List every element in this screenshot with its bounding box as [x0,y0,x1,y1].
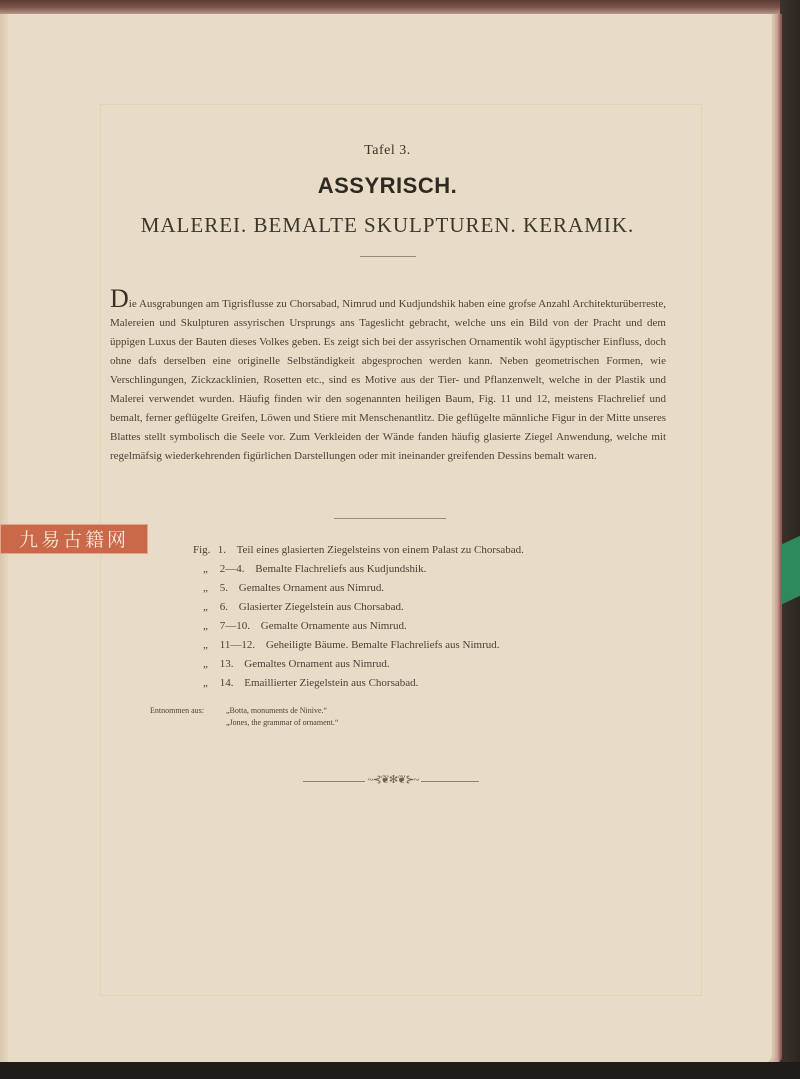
figure-prefix: „ [193,674,217,693]
figure-list: Fig. 1. Teil eines glasierten Ziegelstei… [193,541,613,693]
figure-prefix: „ [193,579,217,598]
source-reference: „Jones, the grammar of ornament.“ [226,718,338,727]
ornament-line-left [303,781,365,782]
source-reference: „Botta, monuments de Ninive.“ [226,706,327,715]
figure-item: „ 13. Gemaltes Ornament aus Nimrud. [193,655,613,674]
page-subtitle: MALEREI. BEMALTE SKULPTUREN. KERAMIK. [0,213,775,238]
flourish-icon: ~⊰❦✻❦⊱~ [363,773,423,786]
figure-prefix: „ [193,598,217,617]
body-text: ie Ausgrabungen am Tigrisflusse zu Chors… [110,298,666,462]
figure-item: „ 11—12. Geheiligte Bäume. Bemalte Flach… [193,636,613,655]
decorative-ornament: ~⊰❦✻❦⊱~ [303,775,479,787]
figure-number: 7—10. [220,617,250,636]
figure-prefix: Fig. [193,541,215,560]
figure-caption: Glasierter Ziegelstein aus Chorsabad. [239,601,404,613]
figure-caption: Teil eines glasierten Ziegelsteins von e… [237,544,524,556]
section-divider [334,518,446,519]
figure-item: „ 6. Glasierter Ziegelstein aus Chorsaba… [193,598,613,617]
figure-prefix: „ [193,560,217,579]
figure-number: 1. [218,541,226,560]
title-block: Tafel 3. ASSYRISCH. MALEREI. BEMALTE SKU… [0,143,775,257]
source-credits: Entnommen aus:„Botta, monuments de Niniv… [150,705,338,729]
figure-number: 11—12. [220,636,255,655]
figure-item: „ 7—10. Gemalte Ornamente aus Nimrud. [193,617,613,636]
figure-number: 2—4. [220,560,245,579]
watermark-badge: 九易古籍网 [0,524,148,554]
figure-caption: Geheiligte Bäume. Bemalte Flachreliefs a… [266,639,500,651]
figure-number: 6. [220,598,228,617]
figure-item: „ 5. Gemaltes Ornament aus Nimrud. [193,579,613,598]
body-paragraph: Die Ausgrabungen am Tigrisflusse zu Chor… [110,290,666,466]
source-line-1: Entnommen aus:„Botta, monuments de Niniv… [150,705,338,717]
figure-item: „ 2—4. Bemalte Flachreliefs aus Kudjunds… [193,560,613,579]
figure-prefix: „ [193,636,217,655]
figure-item: Fig. 1. Teil eines glasierten Ziegelstei… [193,541,613,560]
figure-prefix: „ [193,655,217,674]
figure-number: 14. [220,674,234,693]
figure-prefix: „ [193,617,217,636]
figure-caption: Gemalte Ornamente aus Nimrud. [261,620,407,632]
drop-cap: D [110,284,129,313]
figure-caption: Emaillierter Ziegelstein aus Chorsabad. [244,677,418,689]
figure-caption: Gemaltes Ornament aus Nimrud. [244,658,389,670]
source-line-2: „Jones, the grammar of ornament.“ [150,717,338,729]
bookmark-ribbon [782,536,800,604]
title-divider [360,256,416,257]
figure-number: 13. [220,655,234,674]
figure-caption: Gemaltes Ornament aus Nimrud. [239,582,384,594]
source-label: Entnommen aus: [150,705,226,717]
figure-number: 5. [220,579,228,598]
page-title: ASSYRISCH. [0,173,775,199]
figure-item: „ 14. Emaillierter Ziegelstein aus Chors… [193,674,613,693]
plate-label: Tafel 3. [0,143,775,159]
figure-caption: Bemalte Flachreliefs aus Kudjundshik. [255,563,426,575]
book-bottom-edge [0,1062,800,1079]
ornament-line-right [421,781,479,782]
